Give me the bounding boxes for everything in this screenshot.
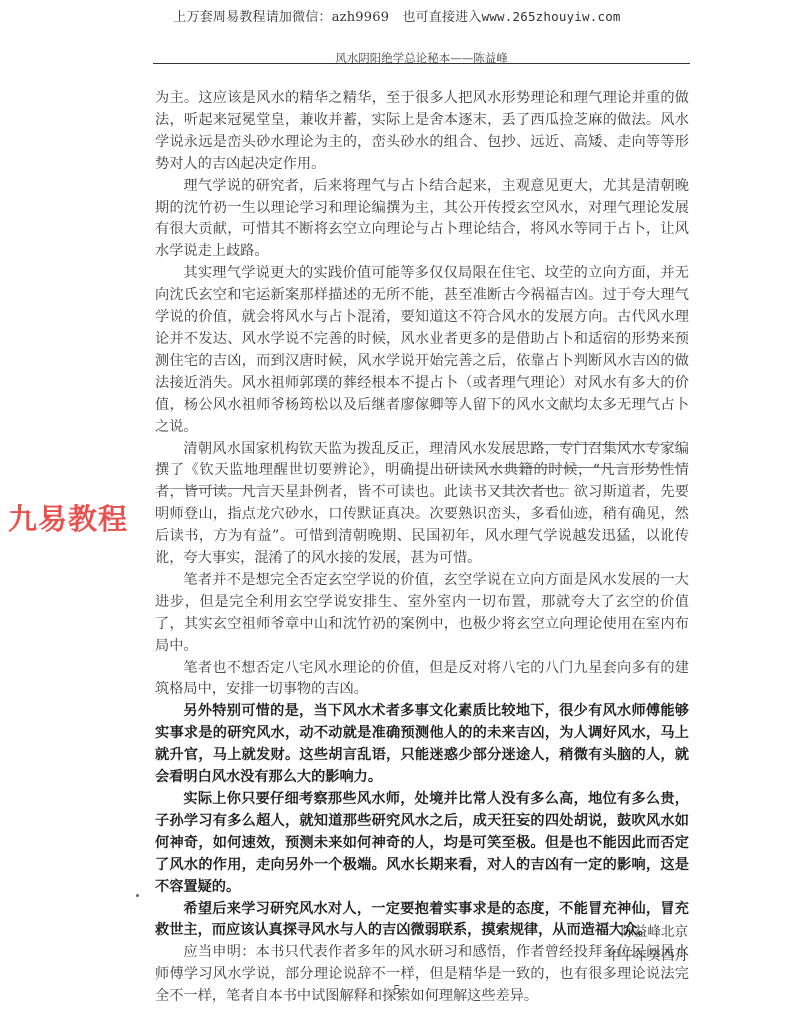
signature-date: 甲午年癸酉月	[607, 944, 688, 968]
paragraph: 笔者也不想否定八宅风水理论的价值，但是反对将八宅的八门九星套向多有的建筑格局中，…	[155, 658, 689, 702]
side-logo-watermark: 九易教程	[8, 497, 128, 538]
watermark-url: www.265zhouyiw.com	[482, 9, 621, 24]
paragraph: 为主。这应该是风水的精华之精华，至于很多人把风水形势理论和理气理论并重的做法，听…	[155, 88, 689, 176]
body-text: 为主。这应该是风水的精华之精华，至于很多人把风水形势理论和理气理论并重的做法，听…	[155, 88, 689, 1008]
watermark-banner: 上万套周易教程请加微信：azh9969 也可直接进入www.265zhouyiw…	[0, 6, 794, 25]
watermark-prefix: 上万套周易教程请加微信：azh9969 也可直接进入	[173, 10, 481, 25]
stray-mark	[136, 894, 139, 897]
paragraph: 笔者并不是想完全否定玄空学说的价值，玄空学说在立向方面是风水发展的一大进步，但是…	[155, 570, 689, 658]
handwritten-underline	[490, 488, 570, 489]
handwritten-underline	[158, 488, 278, 489]
header-rule	[153, 63, 690, 64]
paragraph: 实际上你只要仔细考察那些风水师，处境并比常人没有多么高，地位有多么贵，子孙学习有…	[155, 789, 689, 899]
paragraph: 理气学说的研究者，后来将理气与占卜结合起来，主观意见更大，尤其是清朝晚期的沈竹礽…	[155, 176, 689, 264]
paragraph: 其实理气学说更大的实践价值可能等多仅仅局限在住宅、坟茔的立向方面，并无向沈氏玄空…	[155, 263, 689, 438]
signature-author-place: 陈益峰北京	[607, 920, 688, 944]
page-number: 5	[0, 983, 794, 997]
paragraph: 另外特别可惜的是，当下风水术者多事文化素质比较地下，很少有风水师傅能够实事求是的…	[155, 701, 689, 789]
handwritten-underline	[510, 444, 680, 445]
paragraph: 清朝风水国家机构钦天监为拨乱反正，理清风水发展思路，专门召集风水专家编撰了《钦天…	[155, 439, 689, 570]
signature-block: 陈益峰北京 甲午年癸酉月	[607, 920, 688, 968]
